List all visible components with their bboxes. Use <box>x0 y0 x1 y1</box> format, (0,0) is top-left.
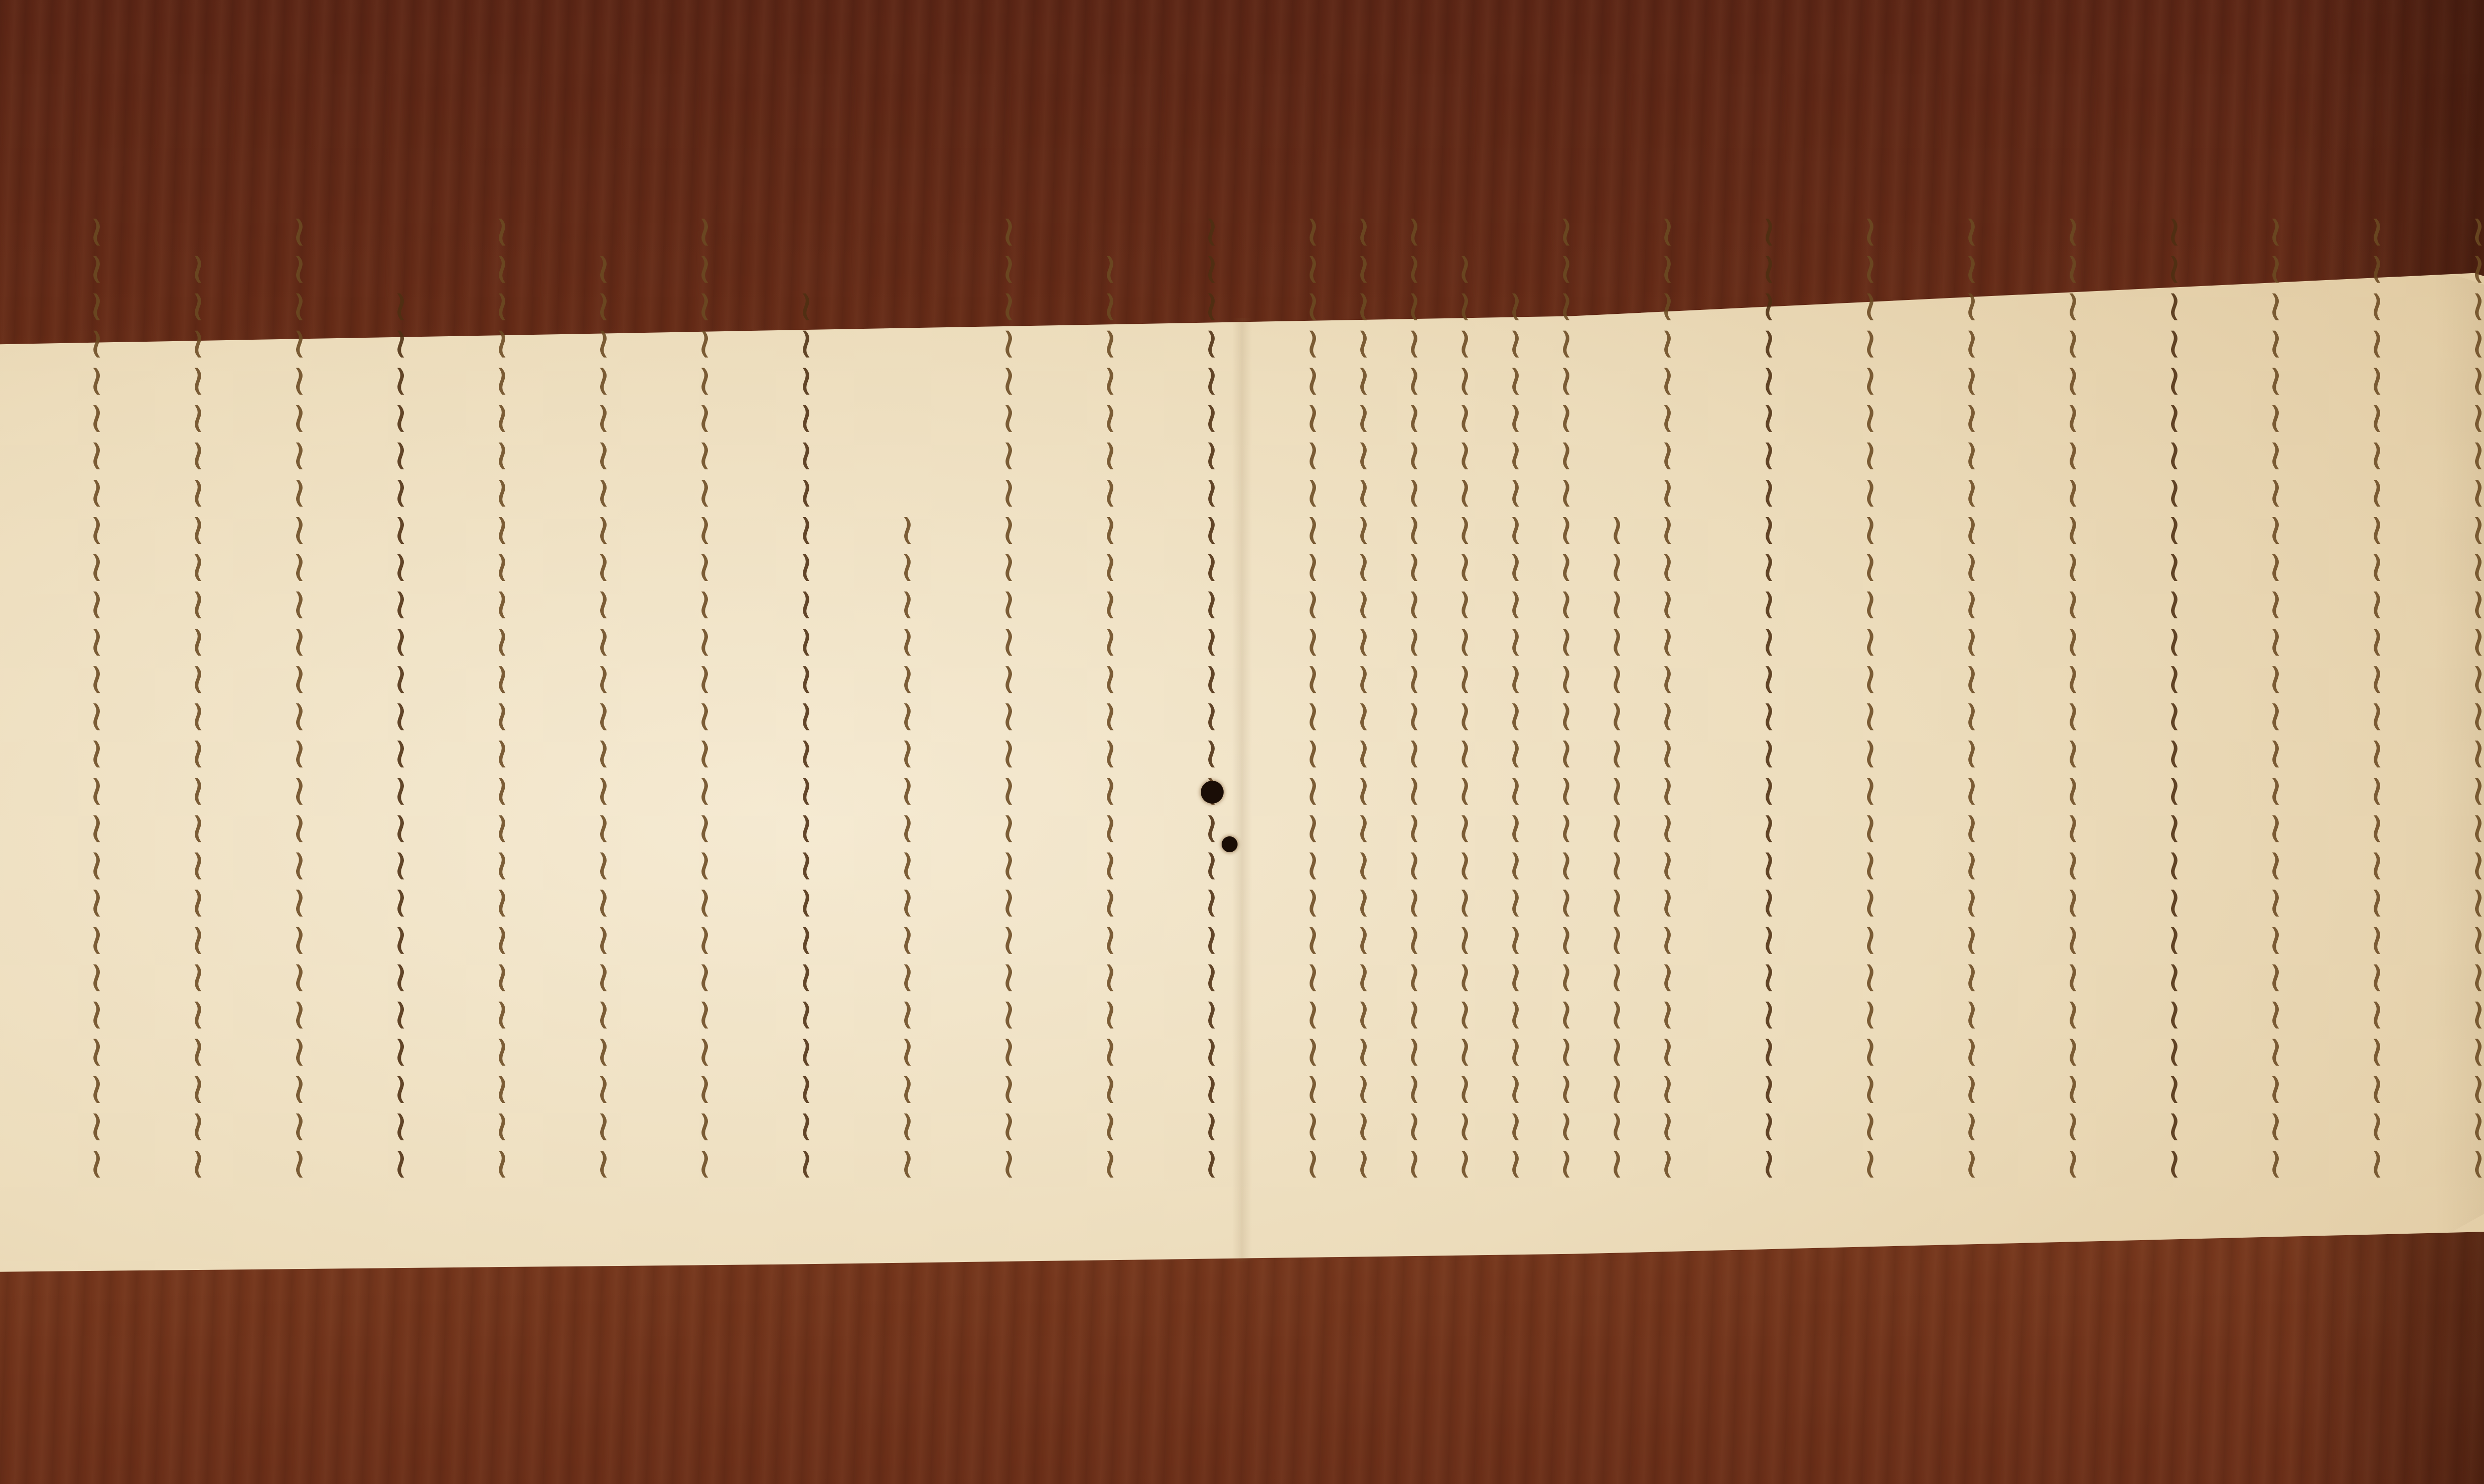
wormhole-damage <box>1201 781 1224 804</box>
handwritten-line: ~~~~~~~~~~~~~~~~~~~~~~~~~~ <box>2355 387 2398 1182</box>
handwritten-line: ~~~~~~~~~~~~~~~~~~~~~~~~~~ <box>75 407 117 1182</box>
handwritten-line: ~~~~~~~~~~~~~~~~~~~~~~~~~~ <box>1341 387 1384 1182</box>
handwritten-line: ~~~~~~~~~~~~~~~~~~~~~~~~ <box>379 407 421 1182</box>
handwritten-line: ~~~~~~~~~~~~~~~~~~~~~~~~~~ <box>2152 387 2195 1182</box>
handwritten-line: ~~~~~~~~~~~~~~~~~~~~~~~~~~ <box>1747 387 1789 1182</box>
handwritten-line: ~~~~~~~~~~~~~~~~~~~~~~~~~~ <box>987 407 1029 1182</box>
handwritten-line: ~~~~~~~~~~~~~~~~~~~~~~~~~ <box>1443 387 1485 1182</box>
handwritten-line: ~~~~~~~~~~~~~~~~~~~~~~~~~ <box>176 407 219 1182</box>
handwritten-line: ~~~~~~~~~~~~~~~~~~~~~~~~~~ <box>480 407 523 1182</box>
handwritten-line: ~~~~~~~~~~~~~~~~~~~~~~~~~~ <box>2253 387 2296 1182</box>
handwritten-line: ~~~~~~~~~~~~~~~~~~~~~~~~~~ <box>683 407 725 1182</box>
handwritten-line: ~~~~~~~~~~~~~~~~~~~~~~~~~~ <box>2051 387 2094 1182</box>
handwritten-line: ~~~~~~~~~~~~~~~~~~~~~~~~~~ <box>2456 387 2484 1182</box>
wormhole-damage <box>1222 836 1238 852</box>
handwritten-line: ~~~~~~~~~~~~~~~~~~~~~~~~~~ <box>1848 387 1891 1182</box>
handwritten-line: ~~~~~~~~~~~~~~~~~~~~~~~~~~ <box>1291 407 1333 1182</box>
handwritten-line: ~~~~~~~~~~~~~~~~~~~~~~~~~~ <box>1949 387 1992 1182</box>
handwritten-line: ~~~~~~~~~~~~~~~~~~~~~~~~ <box>784 407 827 1182</box>
handwritten-line: ~~~~~~~~~~~~~~~~~~~~~~~~~~ <box>277 407 320 1182</box>
handwritten-line: ~~~~~~~~~~~~~~~~~~~~~~~~~~ <box>1544 387 1587 1182</box>
handwritten-line: ~~~~~~~~~~~~~~~~~~~~~~~~~~ <box>1645 387 1688 1182</box>
handwritten-line: ~~~~~~~~~~~~~~~~~~~~~~~~~ <box>1088 407 1131 1182</box>
manuscript-right-text-section: ~~~~~~~~~~~~~~~~~~~~~~~~~~ ~~~~~~~~~~~~~… <box>1341 387 2484 1182</box>
handwritten-line: ~~~~~~~~~~~~~~~~~~ <box>885 407 928 1182</box>
handwritten-line: ~~~~~~~~~~~~~~~~~~~~~~~~~ <box>581 407 624 1182</box>
